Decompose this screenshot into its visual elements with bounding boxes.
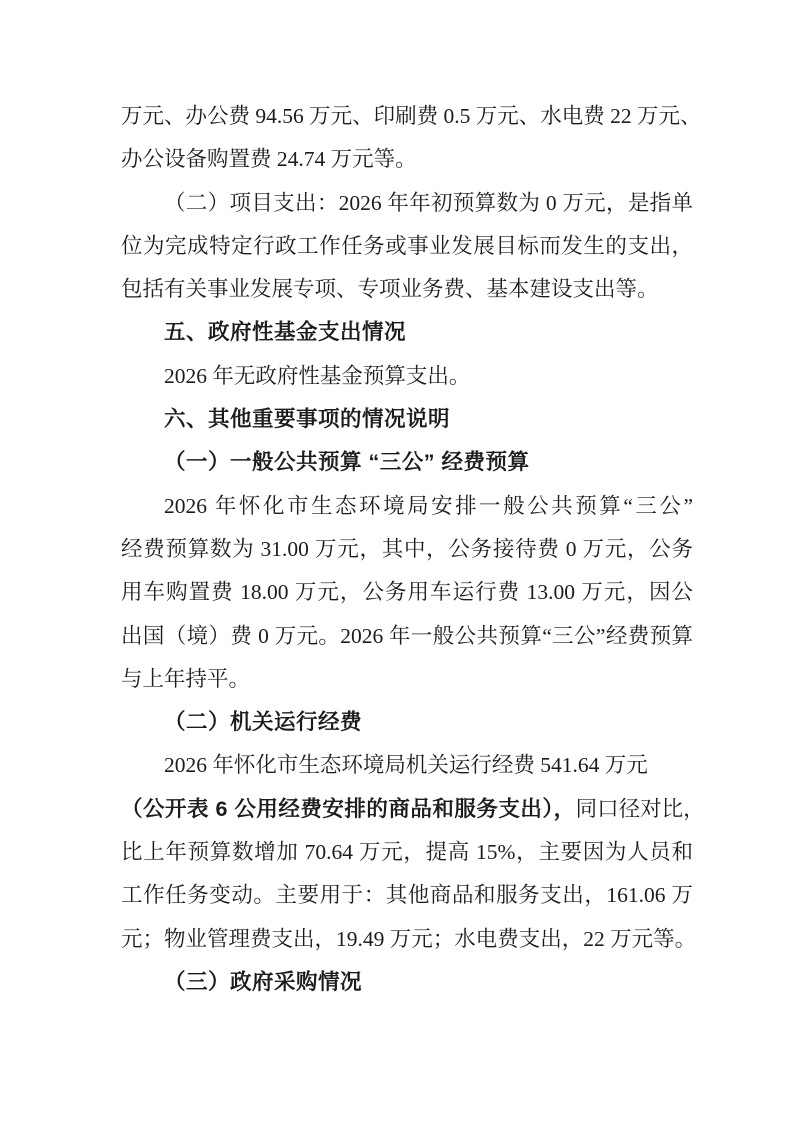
text-line: 2026 年怀化市生态环境局安排一般公共预算“三公” bbox=[121, 485, 693, 528]
text-line: （二）项目支出：2026 年年初预算数为 0 万元，是指单 bbox=[121, 182, 693, 225]
section-heading: 六、其他重要事项的情况说明 bbox=[121, 398, 693, 441]
text-line: 包括有关事业发展专项、专项业务费、基本建设支出等。 bbox=[121, 268, 693, 311]
text-line: 用车购置费 18.00 万元，公务用车运行费 13.00 万元，因公 bbox=[121, 571, 693, 614]
text-line: 经费预算数为 31.00 万元，其中，公务接待费 0 万元，公务 bbox=[121, 528, 693, 571]
text-line: 与上年持平。 bbox=[121, 658, 693, 701]
section-heading: （二）机关运行经费 bbox=[121, 701, 693, 744]
text-line: 万元、办公费 94.56 万元、印刷费 0.5 万元、水电费 22 万元、 bbox=[121, 95, 693, 138]
text-line: 办公设备购置费 24.74 万元等。 bbox=[121, 138, 693, 181]
section-heading: 五、政府性基金支出情况 bbox=[121, 311, 693, 354]
text-line: 2026 年怀化市生态环境局机关运行经费 541.64 万元 bbox=[121, 744, 693, 787]
text-line: 2026 年无政府性基金预算支出。 bbox=[121, 355, 693, 398]
section-heading: （三）政府采购情况 bbox=[121, 961, 693, 1004]
document-page: 万元、办公费 94.56 万元、印刷费 0.5 万元、水电费 22 万元、办公设… bbox=[0, 0, 793, 1122]
text-line: 工作任务变动。主要用于：其他商品和服务支出，161.06 万 bbox=[121, 874, 693, 917]
bold-text-segment: （公开表 6 公用经费安排的商品和服务支出）， bbox=[121, 797, 576, 821]
text-segment: 同口径对比， bbox=[576, 797, 705, 821]
text-line: 出国（境）费 0 万元。2026 年一般公共预算“三公”经费预算 bbox=[121, 615, 693, 658]
section-heading: （一）一般公共预算 “三公” 经费预算 bbox=[121, 441, 693, 484]
text-line: 元；物业管理费支出，19.49 万元；水电费支出，22 万元等。 bbox=[121, 918, 693, 961]
text-line: 位为完成特定行政工作任务或事业发展目标而发生的支出， bbox=[121, 225, 693, 268]
document-body: 万元、办公费 94.56 万元、印刷费 0.5 万元、水电费 22 万元、办公设… bbox=[121, 95, 693, 1004]
text-line: （公开表 6 公用经费安排的商品和服务支出），同口径对比， bbox=[121, 788, 693, 831]
text-line: 比上年预算数增加 70.64 万元，提高 15%，主要因为人员和 bbox=[121, 831, 693, 874]
